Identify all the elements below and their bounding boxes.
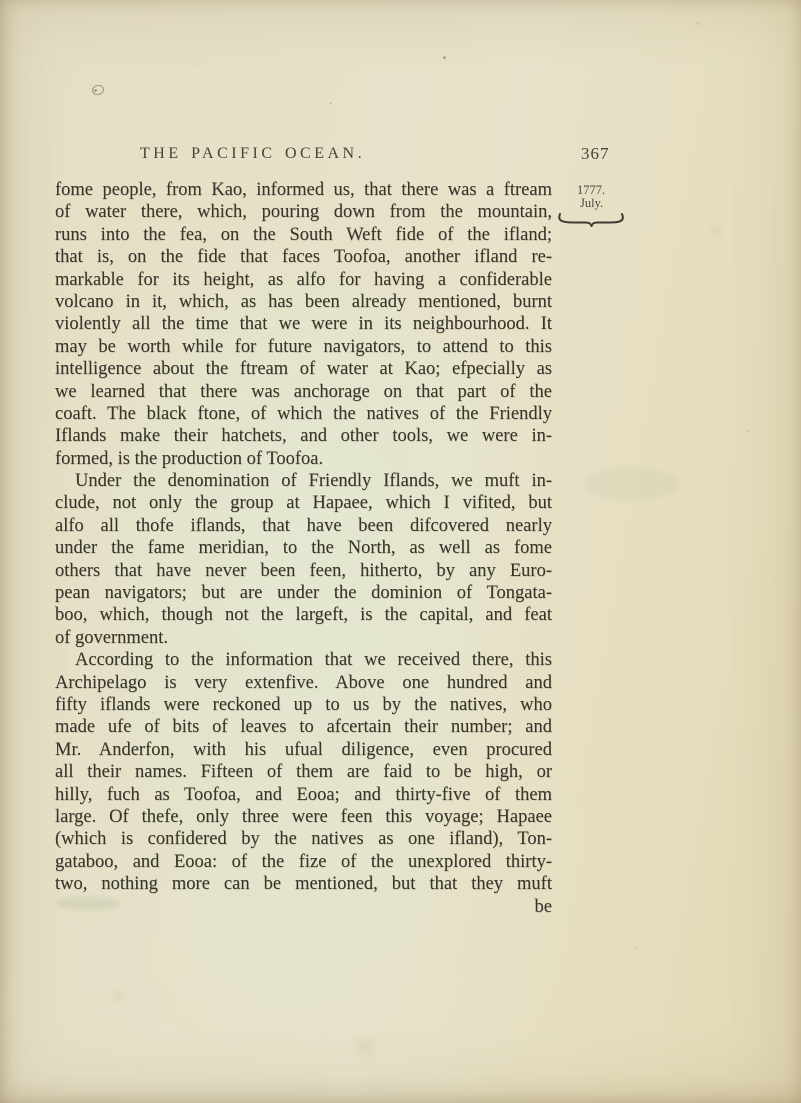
body-text-block: fome people, from Kao, informed us, that…: [55, 179, 552, 918]
body-line: two, nothing more can be mentioned, but …: [55, 873, 552, 895]
body-line: According to the information that we rec…: [55, 649, 552, 671]
body-line: of water there, which, pouring down from…: [55, 201, 552, 223]
body-line: Archipelago is very extenfive. Above one…: [55, 672, 552, 694]
body-line: of government.: [55, 627, 552, 649]
book-page: THE PACIFIC OCEAN. 367 1777. July. fome …: [0, 0, 801, 1103]
body-line: all their names. Fifteen of them are fai…: [55, 761, 552, 783]
body-line: Mr. Anderfon, with his ufual diligence, …: [55, 739, 552, 761]
margin-date-note: 1777. July.: [577, 184, 637, 209]
body-line: pean navigators; but are under the domin…: [55, 582, 552, 604]
margin-note-year: 1777.: [577, 184, 637, 197]
body-line: hilly, fuch as Toofoa, and Eooa; and thi…: [55, 784, 552, 806]
body-line: (which is confidered by the natives as o…: [55, 828, 552, 850]
body-line: large. Of thefe, only three were feen th…: [55, 806, 552, 828]
body-line: fifty iflands were reckoned up to us by …: [55, 694, 552, 716]
page-number: 367: [581, 144, 610, 164]
paper-speckles: [0, 0, 1, 1]
body-line: boo, which, though not the largeft, is t…: [55, 604, 552, 626]
catchword: be: [55, 896, 552, 918]
body-line: fome people, from Kao, informed us, that…: [55, 179, 552, 201]
body-line: markable for its height, as alfo for hav…: [55, 269, 552, 291]
body-line: alfo all thofe iflands, that have been d…: [55, 515, 552, 537]
body-line: runs into the fea, on the South Weft fid…: [55, 224, 552, 246]
margin-note-month: July.: [577, 197, 637, 210]
body-line: Iflands make their hatchets, and other t…: [55, 425, 552, 447]
body-line: may be worth while for future navigators…: [55, 336, 552, 358]
body-line: that is, on the fide that faces Toofoa, …: [55, 246, 552, 268]
body-line: under the fame meridian, to the North, a…: [55, 537, 552, 559]
date-brace-icon: [556, 211, 626, 227]
body-line: others that have never been feen, hither…: [55, 560, 552, 582]
body-line: made ufe of bits of leaves to afcertain …: [55, 716, 552, 738]
body-line: intelligence about the ftream of water a…: [55, 358, 552, 380]
body-line: gataboo, and Eooa: of the fize of the un…: [55, 851, 552, 873]
body-line: coaft. The black ftone, of which the nat…: [55, 403, 552, 425]
body-line: volcano in it, which, as has been alread…: [55, 291, 552, 313]
body-line: Under the denomination of Friendly Iflan…: [55, 470, 552, 492]
body-line: we learned that there was anchorage on t…: [55, 381, 552, 403]
body-line: formed, is the production of Toofoa.: [55, 448, 552, 470]
stamp-ring-mark: [91, 84, 105, 96]
body-line: clude, not only the group at Hapaee, whi…: [55, 492, 552, 514]
show-through-smudge: [586, 468, 678, 500]
body-line: violently all the time that we were in i…: [55, 313, 552, 335]
running-header-title: THE PACIFIC OCEAN.: [140, 145, 365, 163]
